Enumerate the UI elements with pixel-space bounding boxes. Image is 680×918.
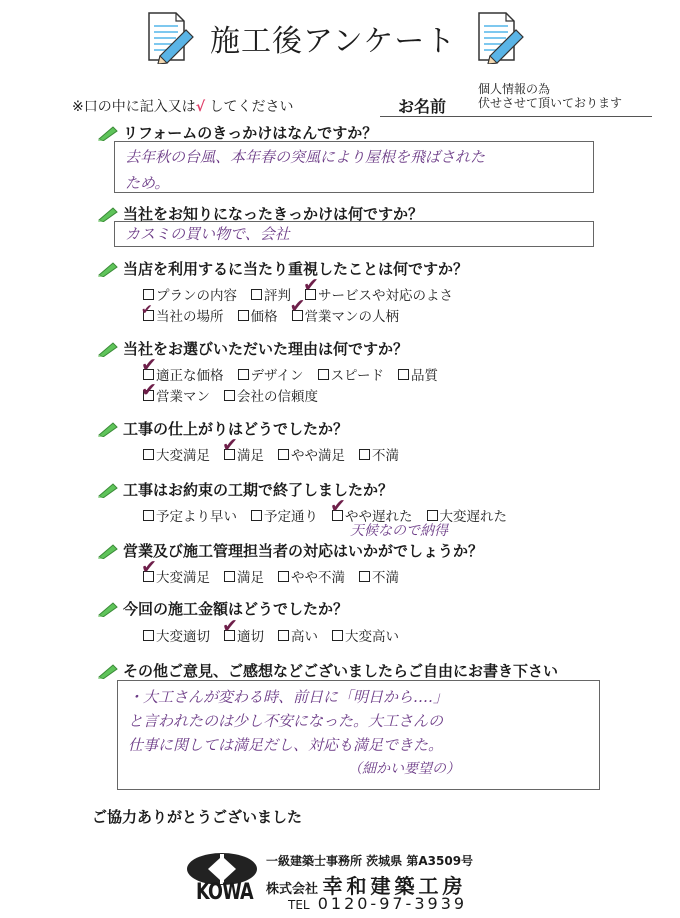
checkbox[interactable] [143, 510, 154, 521]
checkbox[interactable] [238, 369, 249, 380]
checkbox[interactable] [143, 289, 154, 300]
question-6: 工事はお約束の工期で終了しましたか？ [97, 479, 393, 500]
option-very-appropriate[interactable]: 大変適切 [143, 625, 210, 645]
document-pencil-icon [146, 10, 194, 64]
checkbox[interactable] [278, 630, 289, 641]
question-1: リフォームのきっかけはなんですか？ [97, 122, 377, 143]
checkbox[interactable] [278, 449, 289, 460]
checkbox[interactable] [224, 390, 235, 401]
checkmark-icon: ✔ [141, 381, 157, 400]
pencil-icon [97, 421, 119, 437]
option-on-schedule[interactable]: 予定通り [251, 505, 318, 525]
checkbox[interactable] [143, 630, 154, 641]
option-plan[interactable]: プランの内容 [143, 284, 237, 304]
option-design[interactable]: デザイン [238, 364, 304, 384]
checkmark-icon: ✔ [303, 276, 319, 295]
option-dissatisfied[interactable]: 不満 [359, 566, 399, 586]
name-field[interactable]: 個人情報の為 伏せさせて頂いております [478, 82, 622, 110]
pencil-icon [97, 601, 119, 617]
checkbox[interactable] [238, 310, 249, 321]
checkbox[interactable] [318, 369, 329, 380]
pencil-icon [97, 261, 119, 277]
handwritten-note: 天候なので納得 [350, 520, 448, 540]
options-q4-row1: ✔適正な価格 デザイン スピード 品質 [143, 364, 438, 384]
options-q7: ✔大変満足 満足 やや不満 不満 [143, 566, 399, 586]
document-pencil-icon [476, 10, 524, 64]
option-company-trust[interactable]: 会社の信頼度 [224, 385, 318, 405]
checkbox[interactable] [359, 571, 370, 582]
option-satisfied[interactable]: ✔満足 [224, 444, 264, 464]
pencil-icon [97, 125, 119, 141]
check-mark-icon: √ [196, 99, 205, 115]
thanks-message: ご協力ありがとうございました [92, 806, 302, 827]
checkbox[interactable] [427, 510, 438, 521]
checkbox[interactable] [143, 449, 154, 460]
option-reputation[interactable]: 評判 [251, 284, 291, 304]
pencil-icon [97, 206, 119, 222]
header-right-icon [476, 10, 524, 68]
option-service[interactable]: ✔サービスや対応のよさ [305, 284, 453, 304]
option-somewhat-dissatisfied[interactable]: やや不満 [278, 566, 345, 586]
checkbox[interactable] [251, 289, 262, 300]
option-satisfied[interactable]: 満足 [224, 566, 264, 586]
phone-number[interactable]: TEL 0120-97-3939 [288, 894, 467, 913]
checkmark-icon: ✔ [222, 617, 238, 636]
registration-number: 一級建築士事務所 茨城県 第A3509号 [266, 852, 473, 869]
options-q6: 予定より早い 予定通り ✔やや遅れた 大変遅れた [143, 505, 507, 525]
option-very-satisfied[interactable]: ✔大変満足 [143, 566, 210, 586]
checkmark-icon: ✔ [141, 356, 157, 375]
checkbox[interactable] [359, 449, 370, 460]
options-q4-row2: ✔営業マン 会社の信頼度 [143, 385, 318, 405]
option-quality[interactable]: 品質 [398, 364, 438, 384]
name-underline [380, 116, 652, 117]
option-location[interactable]: ✔当社の場所 [143, 305, 224, 325]
option-very-satisfied[interactable]: 大変満足 [143, 444, 210, 464]
pencil-icon [97, 482, 119, 498]
pencil-icon [97, 341, 119, 357]
checkmark-icon: ✔ [330, 497, 346, 516]
checkbox[interactable] [224, 571, 235, 582]
option-appropriate[interactable]: ✔適切 [224, 625, 264, 645]
question-9: その他ご意見、ご感想などございましたらご自由にお書き下さい [97, 660, 558, 681]
answer-box-2[interactable]: カスミの買い物で、会社 [114, 221, 594, 247]
checkbox[interactable] [251, 510, 262, 521]
pencil-icon [97, 543, 119, 559]
option-speed[interactable]: スピード [318, 364, 384, 384]
options-q8: 大変適切 ✔適切 高い 大変高い [143, 625, 399, 645]
logo-text: KOWA [196, 880, 253, 905]
free-comment-box[interactable]: ・大工さんが変わる時、前日に「明日から‥‥」 と言われたのは少し不安になった。大… [117, 680, 600, 790]
option-somewhat-satisfied[interactable]: やや満足 [278, 444, 345, 464]
header-left-icon [146, 10, 194, 68]
option-salesperson[interactable]: ✔営業マン [143, 385, 210, 405]
option-earlier[interactable]: 予定より早い [143, 505, 237, 525]
option-salesperson-character[interactable]: ✔営業マンの人柄 [292, 305, 400, 325]
option-high[interactable]: 高い [278, 625, 318, 645]
checkbox[interactable] [398, 369, 409, 380]
question-3: 当店を利用するに当たり重視したことは何ですか？ [97, 258, 468, 279]
checkbox[interactable] [332, 630, 343, 641]
pencil-icon [97, 663, 119, 679]
option-dissatisfied[interactable]: 不満 [359, 444, 399, 464]
checkmark-icon: ✔ [141, 558, 157, 577]
option-very-high[interactable]: 大変高い [332, 625, 399, 645]
options-q5: 大変満足 ✔満足 やや満足 不満 [143, 444, 399, 464]
checkmark-icon: ✔ [141, 303, 153, 317]
checkmark-icon: ✔ [290, 297, 306, 316]
checkbox[interactable] [278, 571, 289, 582]
options-q3-row2: ✔当社の場所 価格 ✔営業マンの人柄 [143, 305, 399, 325]
option-price[interactable]: 価格 [238, 305, 278, 325]
page-title: 施工後アンケート [210, 16, 456, 60]
answer-box-1[interactable]: 去年秋の台風、本年春の突風により屋根を飛ばされた ため。 [114, 141, 594, 193]
name-label: お名前 [398, 94, 446, 117]
checkmark-icon: ✔ [222, 436, 238, 455]
instructions: ※口の中に記入又は√ してください [72, 96, 294, 116]
